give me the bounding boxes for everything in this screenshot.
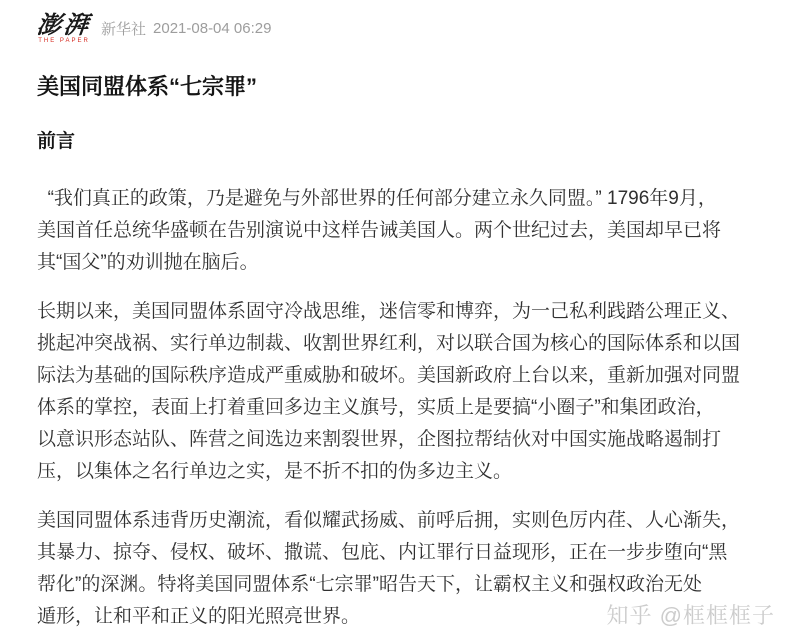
thepaper-logo-text: 澎湃 xyxy=(36,13,93,37)
source-name: 新华社 xyxy=(101,18,146,39)
zhihu-watermark: 知乎 @框框框子 xyxy=(607,599,775,630)
paragraph-1: “我们真正的政策，乃是避免与外部世界的任何部分建立永久同盟。” 1796年9月，… xyxy=(37,183,768,279)
article-title: 美国同盟体系“七宗罪” xyxy=(37,74,768,100)
paragraph-2: 长期以来，美国同盟体系固守冷战思维，迷信零和博弈，为一己私利践踏公理正义、 挑起… xyxy=(37,296,768,488)
article-meta: 新华社 2021-08-04 06:29 xyxy=(101,18,271,39)
article-header: 澎湃 THE PAPER 新华社 2021-08-04 06:29 xyxy=(37,0,768,44)
article-page: 澎湃 THE PAPER 新华社 2021-08-04 06:29 美国同盟体系… xyxy=(0,0,805,644)
thepaper-logo[interactable]: 澎湃 THE PAPER xyxy=(37,13,91,44)
publish-timestamp: 2021-08-04 06:29 xyxy=(153,20,271,37)
section-heading-preface: 前言 xyxy=(37,130,768,153)
